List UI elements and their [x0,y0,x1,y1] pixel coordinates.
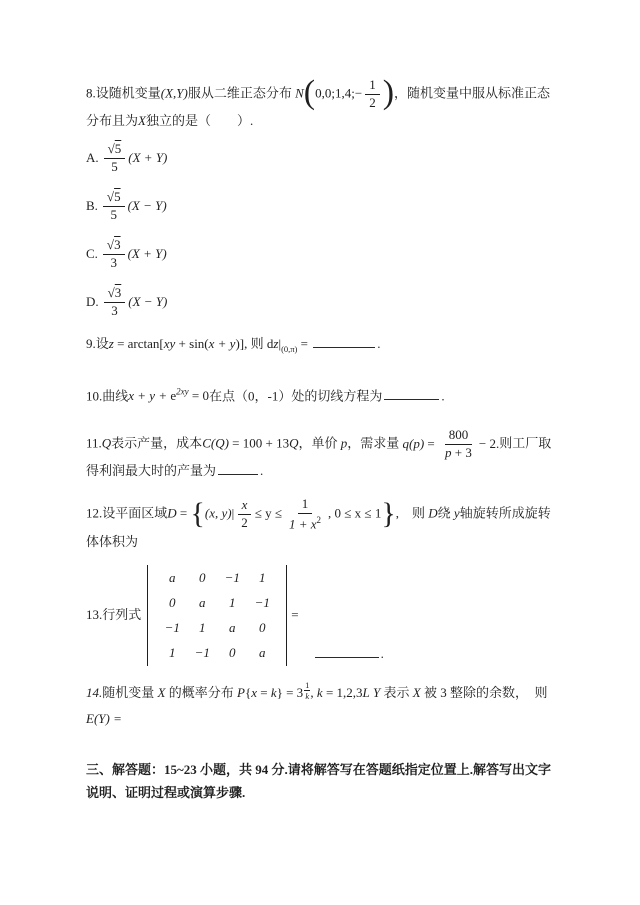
det-cell: 1 [187,618,217,638]
q11-fraction: 800p + 3 [441,428,476,461]
q12-text-1: 设平面区域 [102,506,167,521]
q14-text-2: 的概率分布 [165,685,237,700]
q14-number: 14. [86,685,102,700]
q13-number: 13. [86,605,102,625]
q10-text-2: 在点（0，-1）处的切线方程为 [209,388,382,403]
q12-number: 12. [86,506,102,521]
q14-prob-formula: P{x = k} = 31k, k = 1,2,3L [237,685,370,700]
q11-demand-formula: q(p) = 800p + 3− 2. [403,436,500,451]
q14-expectation: E(Y) = [86,709,558,729]
q11-text-3: ，需求量 [347,436,402,451]
q9-eval-point: (0,π) [281,344,297,354]
option-d-fraction: √33 [104,286,126,319]
q12-set-bar: | [232,506,235,521]
determinant: a0−11 0a1−1 −11a0 1−10a [147,565,287,667]
option-d-label: D. [86,292,99,312]
option-c: C.√33(X + Y) [86,238,558,271]
q11-text-1: 表示产量，成本 [111,436,202,451]
det-cell: a [217,618,247,638]
q8-params: 0,0;1,4;− [315,85,362,100]
q8-options: A.√55(X + Y) B.√55(X − Y) C.√33(X + Y) D… [86,142,558,319]
q8-text-5: 独立的是（ ）. [146,113,253,128]
q8-text-4: 为 [125,113,138,128]
q12-fraction-1x2: 11 + x2 [285,497,325,532]
det-cell: 0 [157,593,187,613]
q9-text-1: 设 [96,336,109,351]
option-d-expr: (X − Y) [128,292,167,312]
det-cell: a [157,568,187,588]
q8-fraction-half: 12 [365,78,380,111]
q13-equals: = [291,605,298,625]
option-c-fraction: √33 [103,238,125,271]
q13-text-1: 行列式 [102,605,141,625]
det-cell: 1 [157,643,187,663]
q10-exponent: 2xy [176,387,189,397]
q9-text-2: 则 [247,336,267,351]
det-cell: −1 [157,618,187,638]
det-cell: 0 [217,643,247,663]
q8-number: 8. [86,85,96,100]
det-cell: −1 [247,593,277,613]
q14-text-1: 随机变量 [102,685,157,700]
q8-text-2: 服从二维正态分布 [188,85,295,100]
option-d: D.√33(X − Y) [86,286,558,319]
option-c-label: C. [86,244,98,264]
q12-right-brace: } [381,497,395,530]
q14-text-4: 被 3 整除的余数， 则 [421,685,548,700]
q8-left-paren: ( [304,74,315,111]
option-b-expr: (X − Y) [128,196,167,216]
option-b-label: B. [86,196,98,216]
option-a-label: A. [86,148,99,168]
question-9: 9.设z = arctan[xy + sin(x + y)], 则 dz|(0,… [86,334,558,356]
q8-math-X: X [138,113,146,128]
q11-answer-blank [218,462,258,475]
q10-number: 10. [86,388,102,403]
q14-text-3: 表示 [380,685,413,700]
q11-var-Q: Q [102,436,111,451]
question-14: 14.随机变量 X 的概率分布 P{x = k} = 31k, k = 1,2,… [86,680,558,729]
det-cell: 1 [217,593,247,613]
q11-text-2: ，单价 [298,436,340,451]
q12-text-2: 则 [399,506,428,521]
det-cell: −1 [187,643,217,663]
section-3-text: 三、解答题：15~23 小题，共 94 分.请将解答写在答题纸指定位置上.解答写… [86,762,551,800]
det-cell: 1 [247,568,277,588]
q9-answer-blank [313,335,375,348]
det-cell: −1 [217,568,247,588]
radical-icon: √ [108,141,115,156]
question-8: 8.设随机变量(X,Y)服从二维正态分布 N(0,0;1,4;−12)，随机变量… [86,78,558,131]
question-10: 10.曲线x + y + e2xy = 0在点（0，-1）处的切线方程为. [86,386,558,406]
section-3-header: 三、解答题：15~23 小题，共 94 分.请将解答写在答题纸指定位置上.解答写… [86,759,558,805]
q12-var-D2: D [428,506,437,521]
radical-icon: √ [107,189,114,204]
q9-number: 9. [86,336,96,351]
option-c-expr: (X + Y) [128,244,167,264]
q12-text-3: 绕 [438,506,454,521]
q9-dz: dz|(0,π) [267,336,298,351]
q8-text-1: 设随机变量 [96,85,161,100]
question-12: 12.设平面区域D = {(x, y)|x2≤ y ≤11 + x2, 0 ≤ … [86,497,558,552]
option-a-fraction: √55 [104,142,126,175]
q8-right-paren: ) [383,74,394,111]
option-b: B.√55(X − Y) [86,190,558,223]
question-13: 13.行列式 a0−11 0a1−1 −11a0 1−10a = . [86,565,558,667]
q9-formula: z = arctan[xy + sin(x + y)], [109,336,248,351]
q12-fraction-x2: x2 [237,498,252,531]
q13-answer-blank [315,645,379,658]
det-cell: a [187,593,217,613]
q8-math-N: N [295,85,304,100]
radical-icon: √ [108,285,115,300]
q12-pair: (x, y) [205,506,232,521]
option-b-fraction: √55 [103,190,125,223]
det-cell: 0 [247,618,277,638]
exam-page: 8.设随机变量(X,Y)服从二维正态分布 N(0,0;1,4;−12)，随机变量… [86,78,558,805]
det-cell: a [247,643,277,663]
q10-formula: x + y + e2xy = 0 [128,388,209,403]
question-11: 11.Q表示产量，成本C(Q) = 100 + 13Q，单价 p，需求量 q(p… [86,428,558,481]
q11-number: 11. [86,436,102,451]
q10-text-1: 曲线 [102,388,128,403]
q12-left-brace: { [191,497,205,530]
option-a: A.√55(X + Y) [86,142,558,175]
q11-cost-formula: C(Q) = 100 + 13Q [202,436,298,451]
q8-math-xy: (X,Y) [161,85,188,100]
q12-var-D: D [167,506,176,521]
q10-answer-blank [384,387,439,400]
option-a-expr: (X + Y) [128,148,167,168]
q14-var-X2: X [413,685,421,700]
det-cell: 0 [187,568,217,588]
radical-icon: √ [107,237,114,252]
